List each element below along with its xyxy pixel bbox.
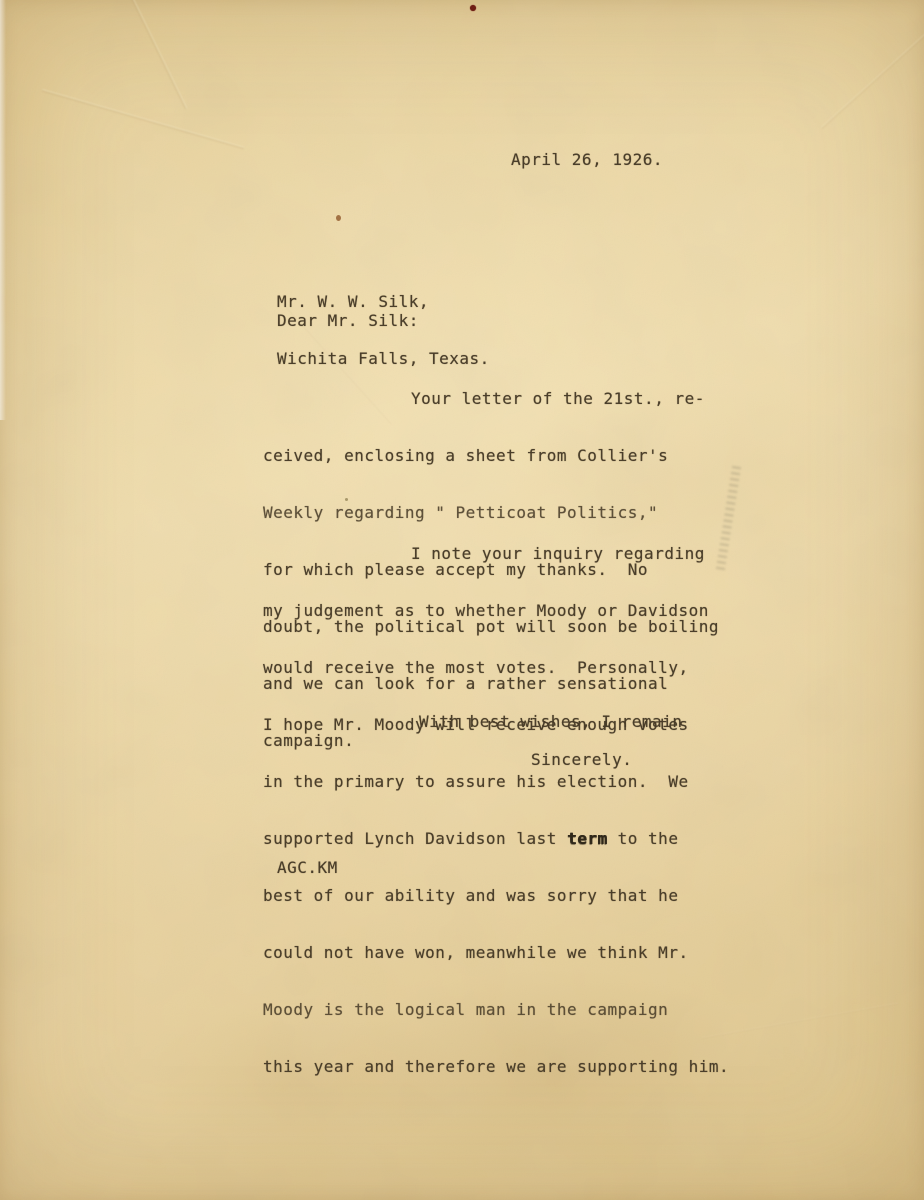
crease-mark [42, 89, 245, 150]
crease-mark [701, 1003, 898, 1040]
letter-line: in the primary to assure his election. W… [263, 772, 729, 791]
letter-line: I note your inquiry regarding [263, 544, 729, 563]
letter-line: this year and therefore we are supportin… [263, 1057, 729, 1076]
recipient-name: Mr. W. W. Silk, [277, 292, 490, 311]
letter-line: Moody is the logical man in the campaign [263, 1000, 729, 1019]
letter-date: April 26, 1926. [511, 150, 663, 169]
letter-line: my judgement as to whether Moody or Davi… [263, 601, 729, 620]
letter-line: best of our ability and was sorry that h… [263, 886, 729, 905]
closing-line: With best wishes, I remain [419, 712, 682, 731]
crease-mark [119, 0, 187, 110]
paragraph-2: I note your inquiry regarding my judgeme… [263, 506, 729, 1114]
salutation: Dear Mr. Silk: [277, 311, 419, 330]
crease-mark [821, 14, 924, 130]
brown-speck [336, 215, 341, 221]
letter-line: Your letter of the 21st., re- [263, 389, 719, 408]
letter-line: ceived, enclosing a sheet from Collier's [263, 446, 719, 465]
letter-line: would receive the most votes. Personally… [263, 658, 729, 677]
signoff: Sincerely. [531, 750, 632, 769]
line-segment: to the [608, 829, 679, 848]
overstruck-word: term [567, 829, 608, 848]
letter-line: supported Lynch Davidson last term to th… [263, 829, 729, 848]
letter-line: could not have won, meanwhile we think M… [263, 943, 729, 962]
reference-initials: AGC.KM [277, 858, 338, 877]
red-ink-dot [470, 5, 476, 11]
line-segment: supported Lynch Davidson last [263, 829, 567, 848]
paper-edge-highlight [0, 0, 6, 420]
letter-scan-page: April 26, 1926. Mr. W. W. Silk, Wichita … [0, 0, 924, 1200]
